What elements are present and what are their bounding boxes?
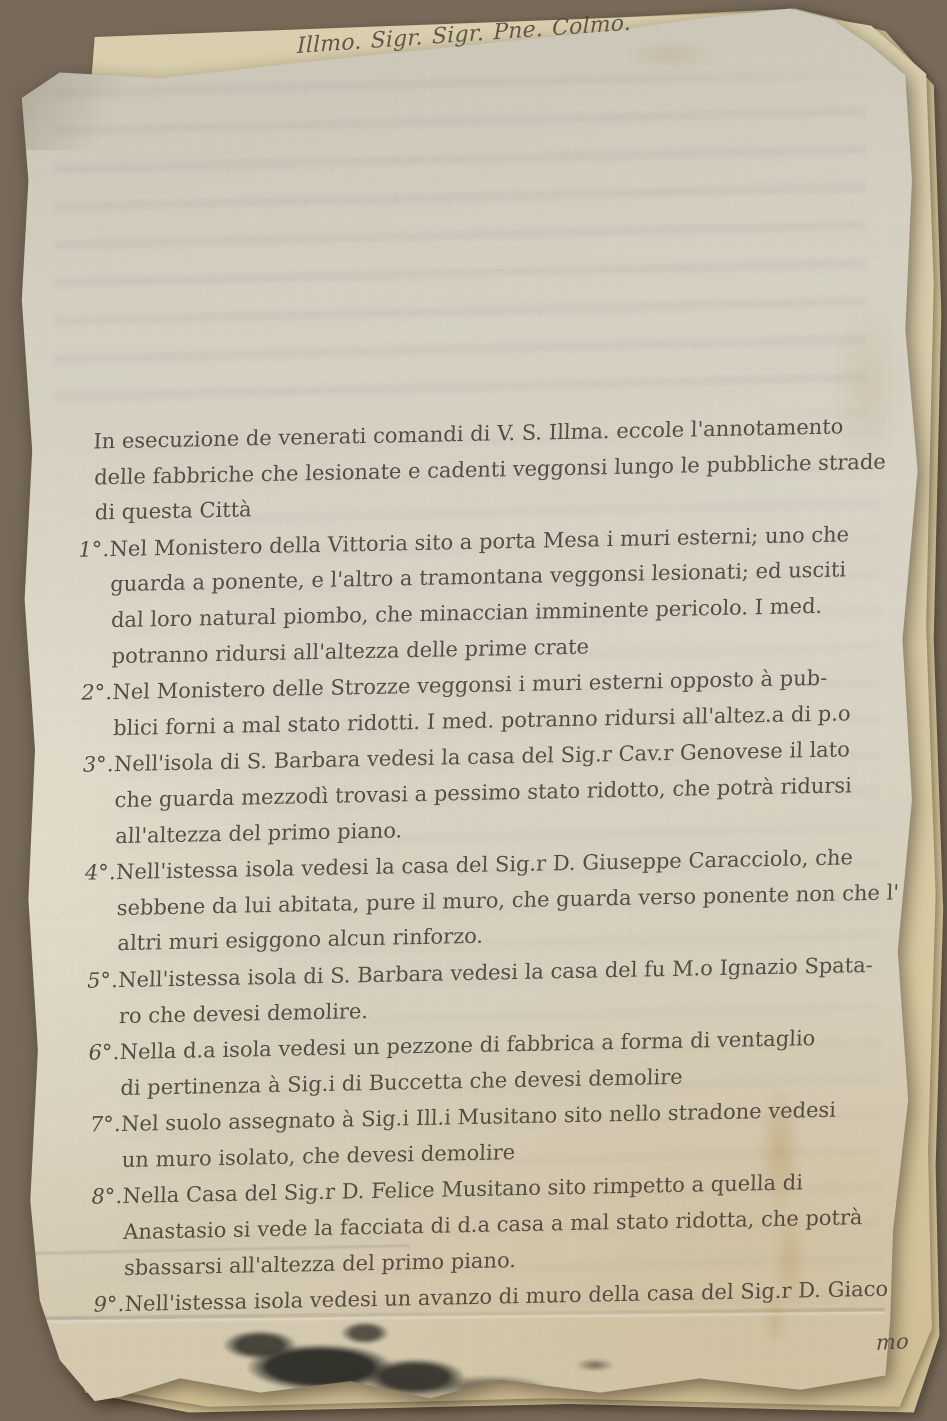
manuscript-photograph: Illmo. Sigr. Sigr. Pne. Colmo. In esecuz… xyxy=(0,0,947,1421)
catchword: mo xyxy=(876,1329,909,1355)
handwriting-layer: Illmo. Sigr. Sigr. Pne. Colmo. In esecuz… xyxy=(0,0,947,1421)
list-item-8: 8°. Nella Casa del Sig.r D. Felice Musit… xyxy=(91,1163,947,1287)
list-item-4: 4°. Nell'istessa isola vedesi la casa de… xyxy=(85,839,943,963)
letter-body: In esecuzione de venerati comandi di V. … xyxy=(76,408,947,1324)
item-number: 2°. xyxy=(81,675,112,711)
item-number: 8°. xyxy=(91,1180,122,1216)
item-number: 7°. xyxy=(90,1107,121,1143)
item-number: 4°. xyxy=(85,855,116,891)
item-number: 3°. xyxy=(82,747,113,783)
list-item-1: 1°. Nel Monistero della Vittoria sito a … xyxy=(78,515,937,675)
intro-paragraph: In esecuzione de venerati comandi di V. … xyxy=(76,408,934,532)
list-item-3: 3°. Nell'isola di S. Barbara vedesi la c… xyxy=(82,731,940,855)
item-number: 5°. xyxy=(87,963,118,999)
item-number: 6°. xyxy=(88,1035,119,1071)
salutation: Illmo. Sigr. Sigr. Pne. Colmo. xyxy=(297,11,631,59)
item-number: 9°. xyxy=(93,1287,124,1323)
item-number: 1°. xyxy=(78,532,109,568)
